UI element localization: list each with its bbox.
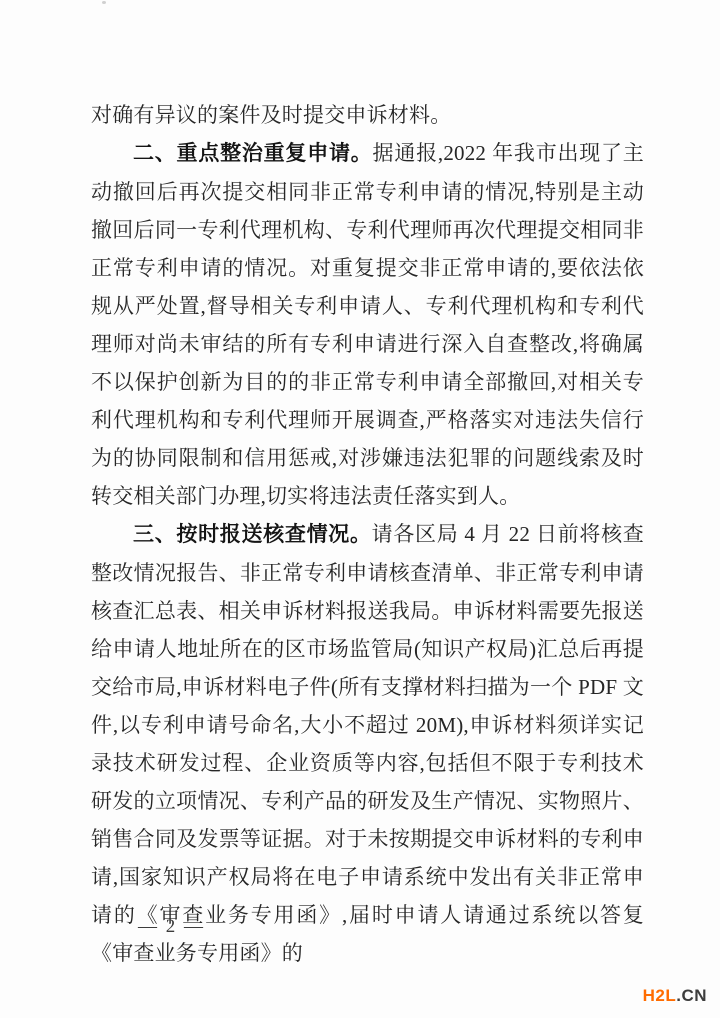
paragraph-continuation: 对确有异议的案件及时提交申诉材料。 [91, 96, 644, 134]
document-page: 对确有异议的案件及时提交申诉材料。 二、重点整治重复申请。据通报,2022 年我… [0, 0, 720, 1018]
paragraph-section-3: 三、按时报送核查情况。请各区局 4 月 22 日前将核查整改情况报告、非正常专利… [91, 515, 644, 972]
site-watermark: H2L.CN [643, 987, 707, 1004]
watermark-tld: .CN [676, 986, 707, 1005]
paragraph-text: 请各区局 4 月 22 日前将核查整改情况报告、非正常专利申请核查清单、非正常专… [91, 522, 644, 965]
page-number: — 2 — [138, 916, 205, 937]
watermark-brand: H2L [643, 986, 677, 1005]
paragraph-section-2: 二、重点整治重复申请。据通报,2022 年我市出现了主动撤回后再次提交相同非正常… [91, 134, 644, 515]
section-heading: 三、按时报送核查情况。 [133, 523, 372, 546]
section-heading: 二、重点整治重复申请。 [133, 142, 373, 165]
page-footer: — 2 — [138, 912, 205, 942]
paragraph-text: 据通报,2022 年我市出现了主动撤回后再次提交相同非正常专利申请的情况,特别是… [91, 141, 644, 508]
paragraph-text: 对确有异议的案件及时提交申诉材料。 [91, 103, 451, 127]
document-body: 对确有异议的案件及时提交申诉材料。 二、重点整治重复申请。据通报,2022 年我… [91, 96, 644, 972]
scan-artifact [102, 1, 106, 4]
